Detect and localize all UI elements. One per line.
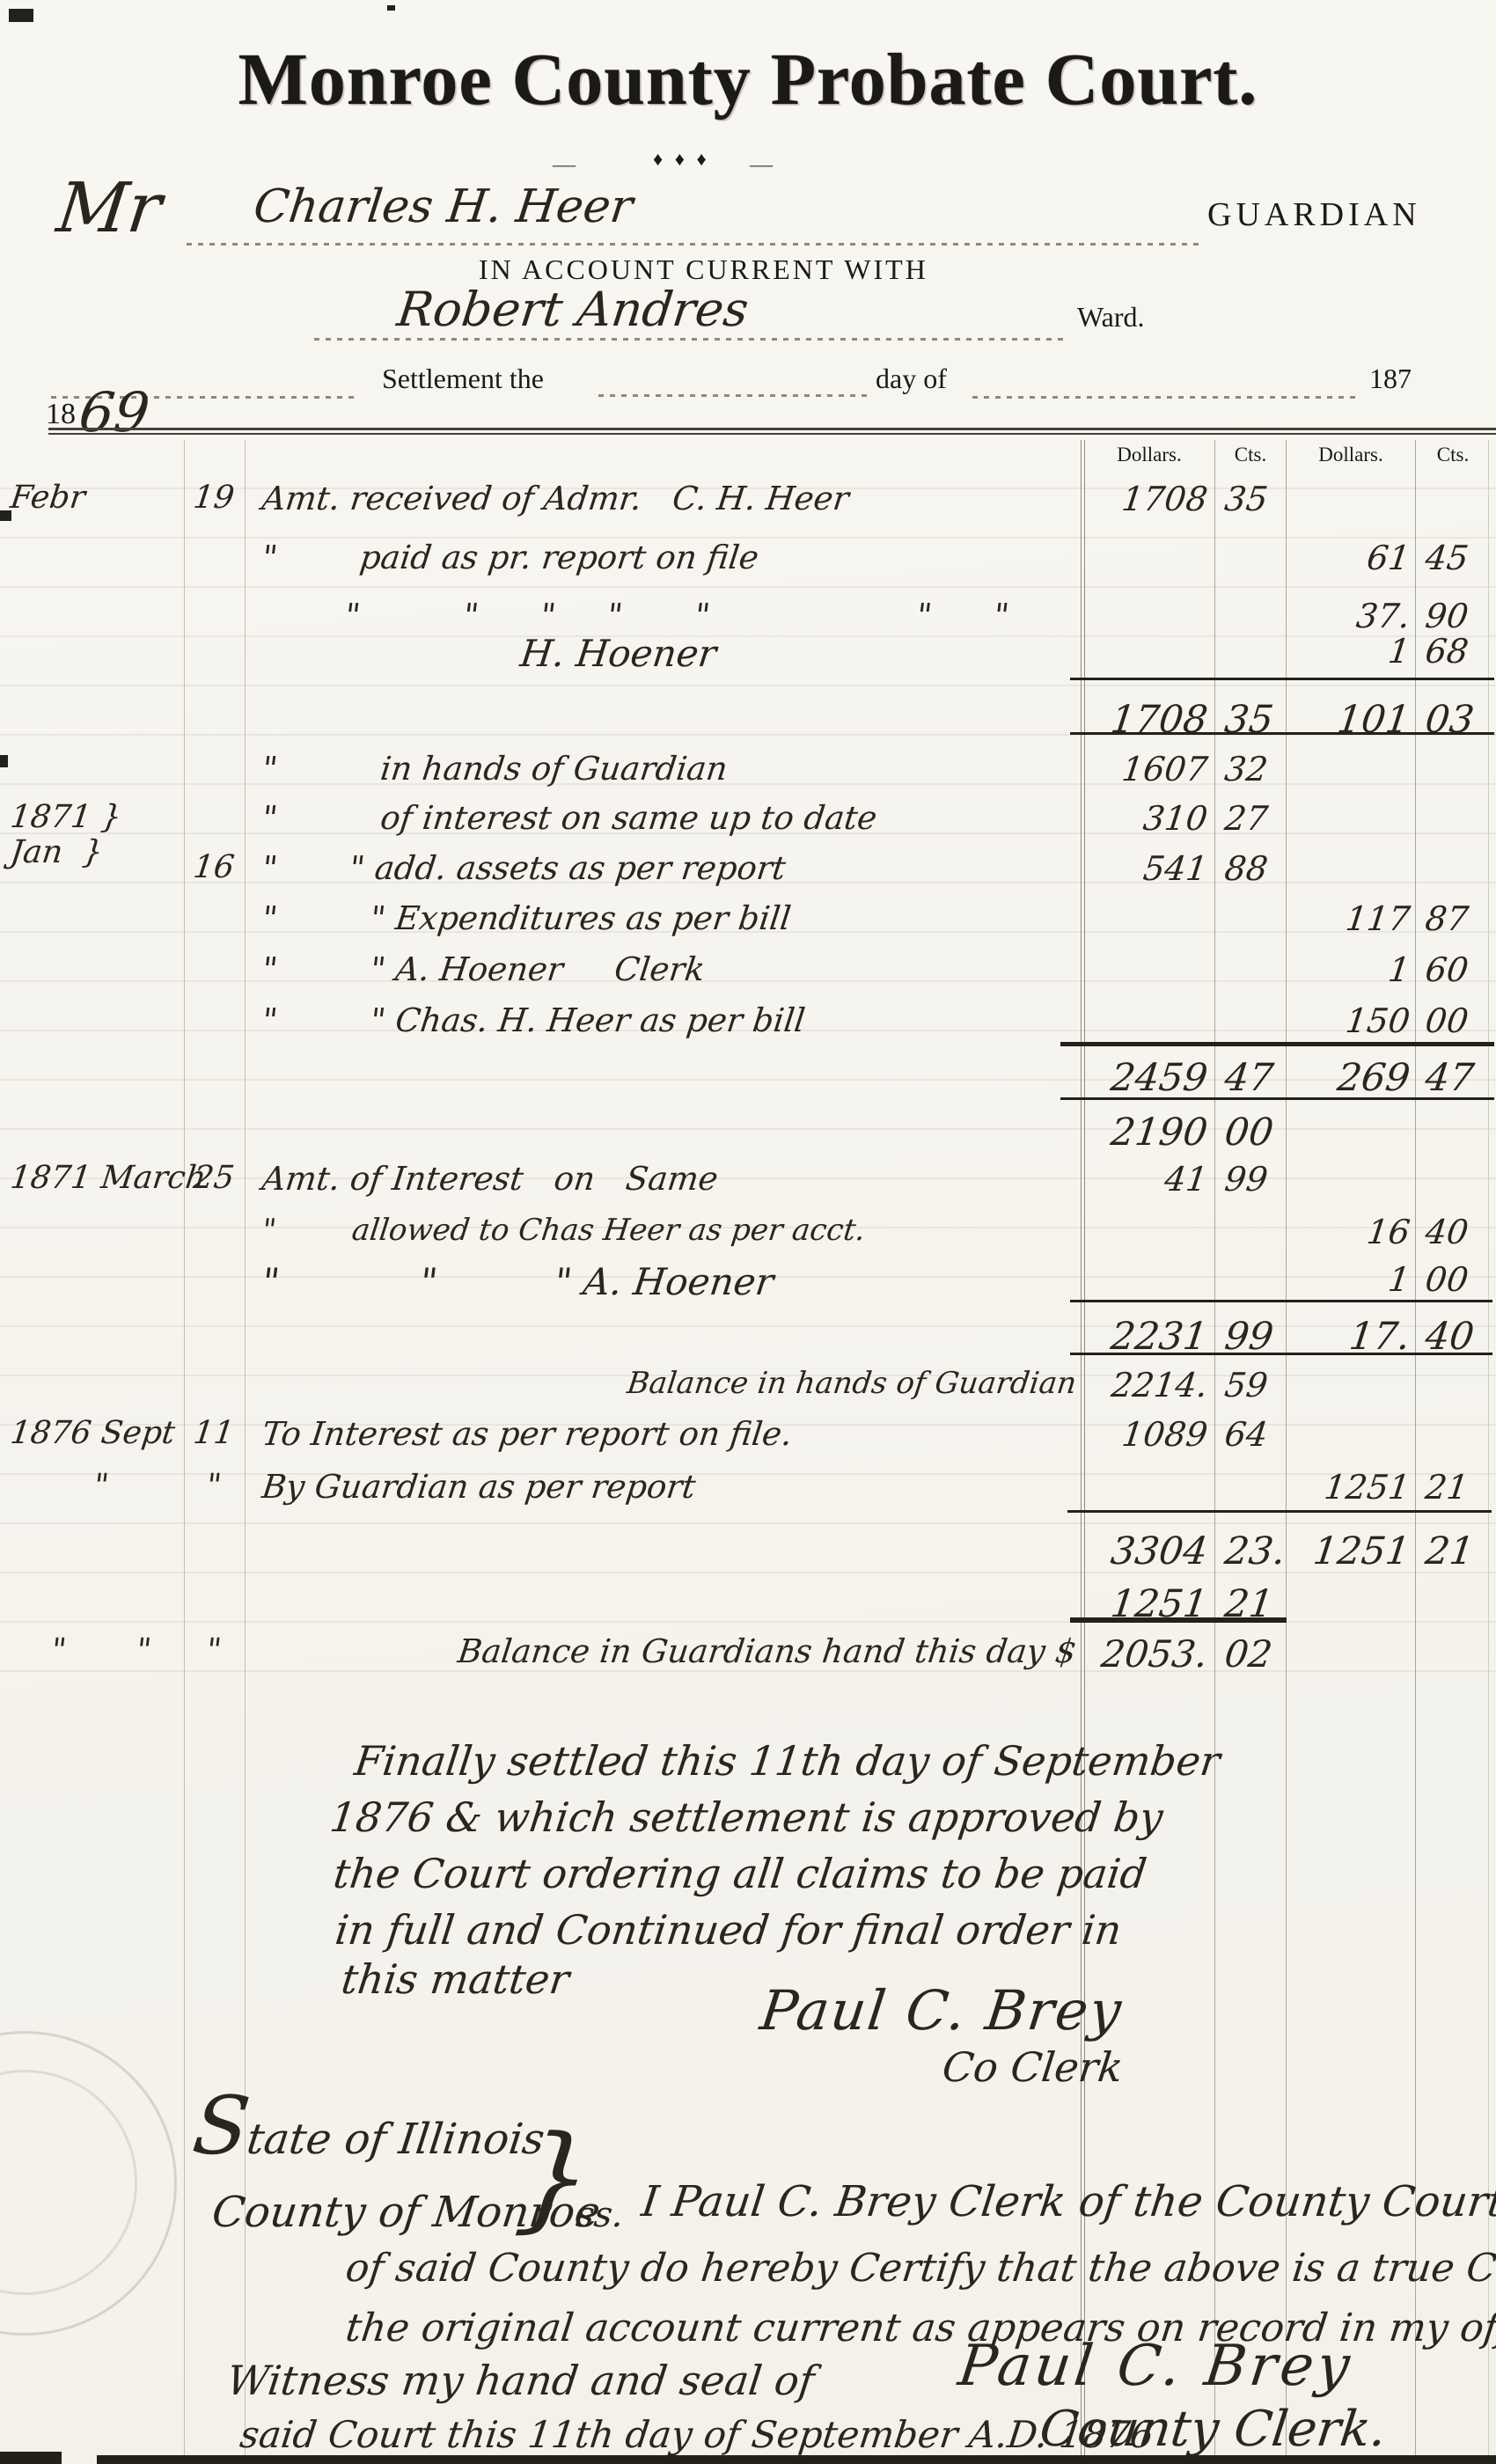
dollars2-cell: 61 — [1287, 539, 1412, 577]
cents1-cell: 64 — [1222, 1415, 1285, 1454]
settlement-line: the Court ordering all claims to be paid — [331, 1850, 1149, 1897]
cert-ss-label: ss. — [574, 2195, 626, 2235]
mr-label: Mr — [53, 169, 165, 248]
date-cell: 1871 March — [8, 1160, 194, 1196]
table-row: " ""Balance in Guardians hand this day $… — [0, 1632, 1496, 1687]
col-cts-1: Cts. — [1216, 444, 1285, 466]
col-dollars-2: Dollars. — [1287, 444, 1414, 466]
day-cell: 19 — [180, 480, 246, 516]
cents2-cell: 00 — [1423, 1260, 1492, 1299]
dollars1-cell: 1708 — [1085, 698, 1210, 742]
ward-label: Ward. — [1077, 301, 1145, 334]
day-cell: " — [180, 1632, 246, 1668]
dollars2-cell: 101 — [1287, 698, 1412, 742]
description-cell: " in hands of Guardian — [260, 750, 1078, 788]
county-clerk-title: County Clerk. — [1037, 2401, 1390, 2458]
dollars2-cell: 150 — [1287, 1001, 1412, 1040]
guardian-label: GUARDIAN — [1207, 195, 1421, 234]
scan-smudge — [0, 510, 11, 521]
page-title: Monroe County Probate Court. — [211, 37, 1285, 122]
cents2-cell: 21 — [1423, 1468, 1492, 1507]
table-row: 1871 March25Amt. of Interest on Same4199 — [0, 1160, 1496, 1214]
cents1-cell: 99 — [1222, 1160, 1285, 1199]
cents1-cell: 23. — [1222, 1529, 1286, 1573]
cents2-cell: 21 — [1423, 1529, 1493, 1573]
dollars2-cell: 117 — [1287, 899, 1412, 938]
dollars1-cell: 2190 — [1085, 1111, 1210, 1155]
description-cell: " " " " " " " — [260, 597, 1078, 634]
description-cell: Balance in Guardians hand this day $ — [260, 1632, 1078, 1670]
dollars2-cell: 16 — [1287, 1213, 1412, 1251]
settlement-line: in full and Continued for final order in — [333, 1906, 1124, 1954]
sum-line — [1070, 678, 1494, 680]
cert-witness-line: Witness my hand and seal of — [224, 2357, 817, 2404]
settlement-label: Settlement the — [382, 363, 544, 395]
clerk-signature: Paul C. Brey — [757, 1978, 1126, 2042]
description-cell: " allowed to Chas Heer as per acct. — [260, 1213, 1079, 1248]
settlement-line: this matter — [339, 1955, 572, 2003]
cents2-cell: 87 — [1423, 899, 1492, 938]
day-of-label: day of — [876, 363, 947, 395]
description-cell: Amt. received of Admr. C. H. Heer — [260, 480, 1078, 517]
description-cell: " " add. assets as per report — [260, 849, 1078, 887]
table-row-total: 17083510103 — [0, 698, 1496, 752]
cert-line-2: of said County do hereby Certify that th… — [343, 2246, 1496, 2291]
description-cell: " " Expenditures as per bill — [260, 899, 1078, 937]
sum-line — [1060, 1097, 1494, 1100]
top-rule-2 — [48, 433, 1496, 435]
cert-state-line: State of Illinois — [189, 2110, 548, 2164]
day-cell: 25 — [180, 1160, 246, 1196]
dollars2-cell: 37. — [1287, 597, 1412, 635]
day-cell: 11 — [180, 1415, 246, 1451]
table-row: 1871 }Jan }" of interest on same up to d… — [0, 799, 1496, 854]
sum-line-thick — [1070, 1617, 1287, 1623]
cents2-cell: 47 — [1423, 1056, 1493, 1100]
description-cell: To Interest as per report on file. — [260, 1415, 1078, 1453]
cents1-cell: 02 — [1222, 1632, 1286, 1676]
table-row-total: 24594726947 — [0, 1056, 1496, 1111]
dollars2-cell: 1 — [1287, 1260, 1412, 1299]
top-rule-1 — [48, 428, 1496, 430]
probate-court-document: Monroe County Probate Court. — ♦ ♦ ♦ — M… — [0, 0, 1496, 2464]
description-cell: Amt. of Interest on Same — [260, 1160, 1078, 1198]
col-dollars-1: Dollars. — [1084, 444, 1214, 466]
day-cell: 16 — [180, 849, 246, 885]
date-cell: 1876 Sept — [8, 1415, 194, 1451]
dollars1-cell: 41 — [1085, 1160, 1209, 1199]
cents1-cell: 32 — [1222, 750, 1285, 788]
sum-line — [1070, 1300, 1492, 1302]
guardian-name: Charles H. Heer — [251, 180, 635, 233]
cents1-cell: 00 — [1222, 1111, 1286, 1155]
table-row-total: 22319917.40 — [0, 1315, 1496, 1369]
cents2-cell: 90 — [1423, 597, 1492, 635]
table-row: ""By Guardian as per report125121 — [0, 1468, 1496, 1522]
scan-bottom-edge — [97, 2455, 1496, 2464]
table-row: " " Expenditures as per bill11787 — [0, 899, 1496, 954]
description-cell: " " " A. Hoener — [260, 1260, 1079, 1303]
table-row: Febr19Amt. received of Admr. C. H. Heer1… — [0, 480, 1496, 534]
scan-smudge — [9, 9, 33, 22]
dollars1-cell: 2214. — [1085, 1366, 1209, 1404]
dollars1-cell: 2053. — [1085, 1632, 1210, 1676]
settlement-year-line — [972, 396, 1361, 399]
dollars1-cell: 1708 — [1085, 480, 1209, 518]
cents1-cell: 59 — [1222, 1366, 1285, 1404]
ward-name-line — [314, 338, 1069, 341]
cents2-cell: 00 — [1423, 1001, 1492, 1040]
dollars1-cell: 2459 — [1085, 1056, 1210, 1100]
ward-name: Robert Andres — [394, 282, 752, 337]
date-cell: " " — [8, 1632, 194, 1668]
date-cell: 1871 } — [8, 799, 194, 835]
description-cell: H. Hoener — [260, 632, 1079, 675]
settlement-day-line — [598, 394, 867, 397]
cents1-cell: 35 — [1222, 698, 1286, 742]
date-cell: " — [8, 1468, 194, 1504]
table-row: Balance in hands of Guardian2214.59 — [0, 1366, 1496, 1420]
dollars2-cell: 1 — [1287, 632, 1412, 671]
cents2-cell: 68 — [1423, 632, 1492, 671]
settlement-line: Finally settled this 11th day of Septemb… — [352, 1737, 1222, 1785]
table-row: 125121 — [0, 1582, 1496, 1637]
table-row: 219000 — [0, 1111, 1496, 1165]
col-cts-2: Cts. — [1417, 444, 1489, 466]
cert-date-line: said Court this 11th day of September A.… — [238, 2413, 1156, 2456]
scan-bottom-corner — [0, 2452, 62, 2464]
dollars1-cell: 3304 — [1085, 1529, 1210, 1573]
cents2-cell: 60 — [1423, 950, 1492, 989]
dollars1-cell: 1089 — [1085, 1415, 1209, 1454]
dollars2-cell: 1 — [1287, 950, 1412, 989]
cents1-cell: 35 — [1222, 480, 1285, 518]
dollars2-cell: 1251 — [1287, 1529, 1412, 1573]
description-cell: " paid as pr. report on file — [260, 539, 1078, 576]
cents1-cell: 27 — [1222, 799, 1285, 838]
dollars1-cell: 541 — [1085, 849, 1209, 888]
table-row: " " A. Hoener Clerk160 — [0, 950, 1496, 1005]
dollars2-cell: 269 — [1287, 1056, 1412, 1100]
description-cell: Balance in hands of Guardian — [260, 1366, 1079, 1401]
table-row: " " " A. Hoener100 — [0, 1260, 1496, 1315]
clerk-signature-title: Co Clerk — [940, 2043, 1126, 2091]
sum-line — [1070, 1353, 1492, 1355]
scan-smudge — [0, 755, 8, 767]
year-printed: 187 — [1369, 363, 1412, 395]
cents1-cell: 88 — [1222, 849, 1285, 888]
table-row: " paid as pr. report on file6145 — [0, 539, 1496, 593]
cents2-cell: 40 — [1423, 1213, 1492, 1251]
table-row: 1876 Sept11To Interest as per report on … — [0, 1415, 1496, 1470]
scan-smudge — [387, 5, 395, 11]
table-row: " " Chas. H. Heer as per bill15000 — [0, 1001, 1496, 1056]
description-cell: " " Chas. H. Heer as per bill — [260, 1001, 1078, 1039]
cents1-cell: 47 — [1222, 1056, 1286, 1100]
settlement-line: 1876 & which settlement is approved by — [327, 1793, 1166, 1841]
sum-line — [1070, 732, 1494, 735]
guardian-name-line — [187, 243, 1199, 246]
cents2-cell: 45 — [1423, 539, 1492, 577]
description-cell: By Guardian as per report — [260, 1468, 1078, 1506]
description-cell: " of interest on same up to date — [260, 799, 1078, 837]
dollars2-cell: 1251 — [1287, 1468, 1412, 1507]
table-row-total: 330423.125121 — [0, 1529, 1496, 1584]
sum-line — [1067, 1510, 1492, 1513]
table-row: 16" " add. assets as per report54188 — [0, 849, 1496, 904]
description-cell: " " A. Hoener Clerk — [260, 950, 1078, 988]
sum-line-thick — [1060, 1042, 1494, 1046]
date-cell: Febr — [8, 480, 194, 516]
dollars1-cell: 1607 — [1085, 750, 1209, 788]
county-clerk-signature: Paul C. Brey — [955, 2334, 1356, 2399]
dollars1-cell: 310 — [1085, 799, 1209, 838]
table-row: " allowed to Chas Heer as per acct.1640 — [0, 1213, 1496, 1267]
day-cell: " — [180, 1468, 246, 1504]
cert-line-1: I Paul C. Brey Clerk of the County Court — [639, 2177, 1496, 2226]
cents2-cell: 03 — [1423, 698, 1493, 742]
table-row: " in hands of Guardian160732 — [0, 750, 1496, 804]
